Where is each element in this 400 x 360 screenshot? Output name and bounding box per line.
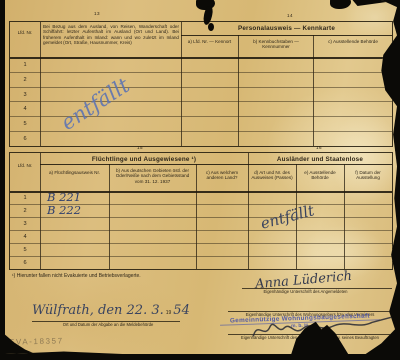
table-row: 6 xyxy=(10,256,392,269)
printed-year-prefix: 19 xyxy=(166,310,172,316)
table-gridline xyxy=(181,35,392,36)
scanned-form: 13 14 15 16 Lfd. Nr. Bei Bezug aus dem A… xyxy=(0,0,400,360)
table-row: 4 xyxy=(10,230,392,243)
row-number: 3 xyxy=(10,221,40,227)
table-row: 2 xyxy=(10,72,392,87)
table-gridline xyxy=(40,164,392,165)
row-number: 1 xyxy=(10,195,40,201)
table-row: 6 xyxy=(10,131,392,146)
row-number: 5 xyxy=(10,121,40,127)
instruction-text: Bei Bezug aus dem Ausland, von Reisen, W… xyxy=(43,24,179,56)
section-title-auslaender: Ausländer und Staatenlose xyxy=(248,156,392,163)
row-number: 2 xyxy=(10,77,40,83)
row-number: 4 xyxy=(10,234,40,240)
date-label: Ort und Datum der Abgabe an die Meldebeh… xyxy=(38,323,178,328)
handwritten-place-date: Wülfrath, den 22. 3. xyxy=(32,303,164,318)
row-number: 1 xyxy=(10,62,40,68)
handwritten-year: 54 xyxy=(173,303,190,318)
footnote: ¹) Hierunter fallen nicht Evakuierte und… xyxy=(12,273,141,279)
col-header-ausweis-art: d) Art und Nr. des Ausweises (Passes) xyxy=(251,170,293,181)
col-header-anderes-land: c) Aus welchem anderen Land? xyxy=(199,170,245,181)
table-rows: 1 2 3 4 5 6 xyxy=(10,58,392,146)
col-header-datum-ausstellung: f) Datum der Ausstellung xyxy=(347,170,389,181)
table-row: 1 xyxy=(10,58,392,72)
handwritten-entry-row2: B 222 xyxy=(47,203,81,217)
table-row: 3 xyxy=(10,87,392,102)
row-number: 6 xyxy=(10,260,40,266)
signature-label-1: Eigenhändige Unterschrift des Angemeldet… xyxy=(248,290,363,295)
row-number: 2 xyxy=(10,208,40,214)
table-row: 3 xyxy=(10,217,392,230)
row-number: 4 xyxy=(10,106,40,112)
date-block: Wülfrath, den 22. 3. 19 54 xyxy=(32,303,190,318)
paper-sheet: 13 14 15 16 Lfd. Nr. Bei Bezug aus dem A… xyxy=(5,0,397,354)
column-number-14: 14 xyxy=(287,13,293,18)
col-header-behoerde: c) Ausstellende Behörde xyxy=(316,39,390,44)
torn-hole-top-1-dot xyxy=(208,23,214,31)
lfd-nr-header: Lfd. Nr. xyxy=(10,30,40,35)
row-number: 3 xyxy=(10,92,40,98)
row-number: 5 xyxy=(10,247,40,253)
lfd-nr-header: Lfd. Nr. xyxy=(10,163,40,168)
col-header-oder-neisse: b) Aus deutschen Gebieten östl. der Oder… xyxy=(112,168,193,184)
section-title-fluechtlinge: Flüchtlinge und Ausgewiesene ¹) xyxy=(40,156,248,163)
col-header-ausstellende-behoerde: e) Ausstellende Behörde xyxy=(299,170,341,181)
col-header-kennort: a) Lfd. Nr. — Kennort xyxy=(183,39,236,44)
col-header-kennnummer: b) Kennbuchstaben — Kennnummer xyxy=(241,39,311,50)
col-header-fluechtlingsausweis: a) Flüchtlingsausweis Nr. xyxy=(43,170,106,175)
row-number: 6 xyxy=(10,136,40,142)
column-number-13: 13 xyxy=(94,11,100,16)
table-row: 5 xyxy=(10,243,392,256)
handwritten-entry-row1: B 221 xyxy=(47,190,81,204)
